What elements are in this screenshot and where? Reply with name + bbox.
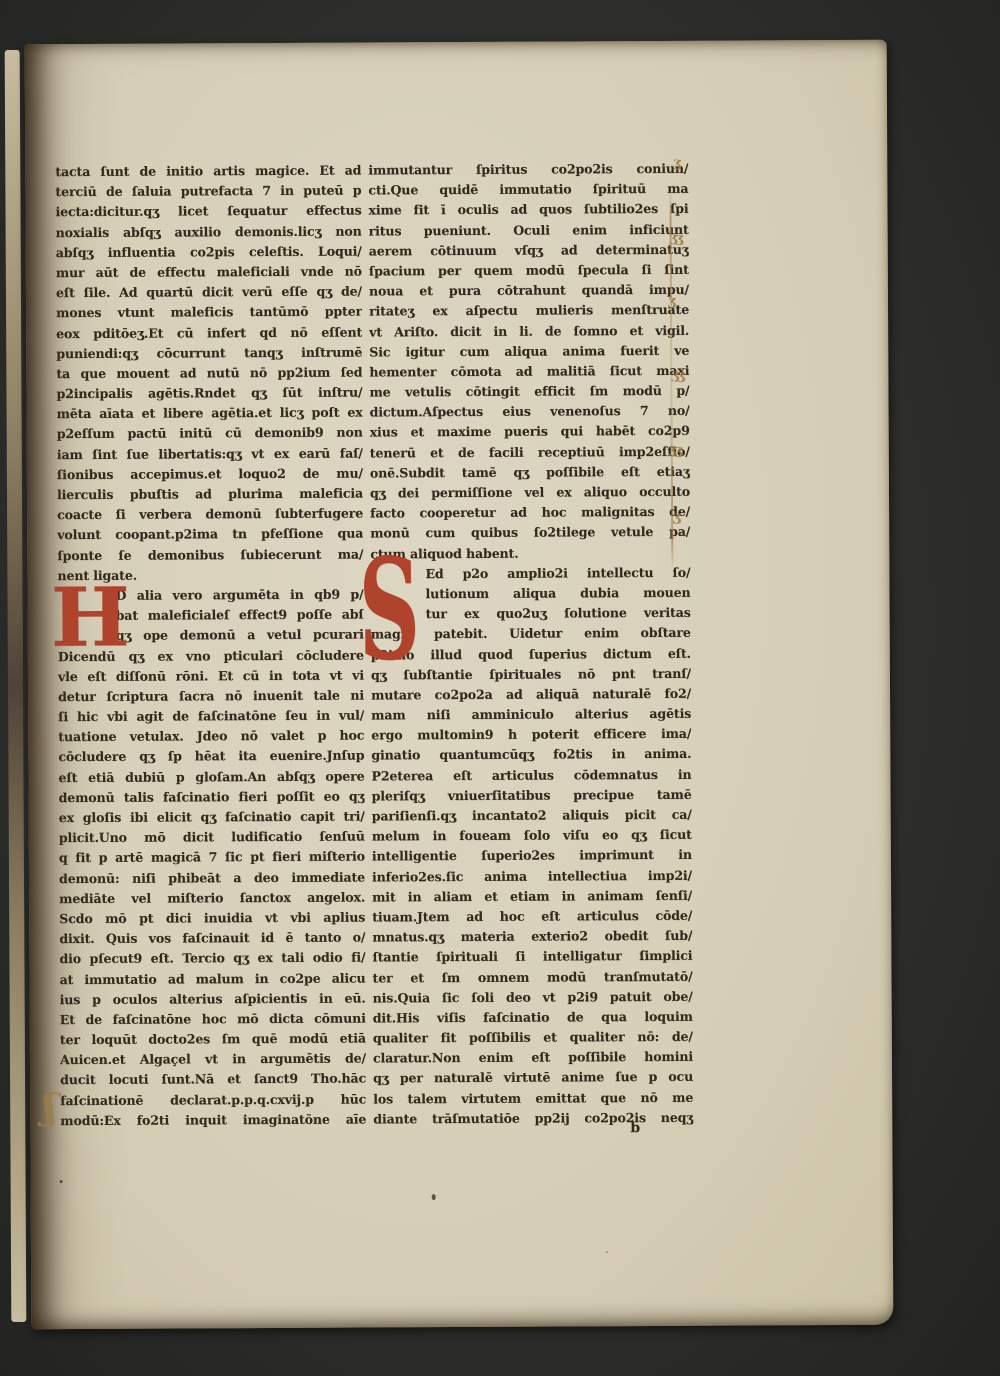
text-line: faſcinationē declarat.p.p.q.cxvij.p hūc <box>60 1089 366 1111</box>
text-line: cti.Que quidē immutatio ſpirituū ma <box>368 179 688 201</box>
text-line: bat maleficialeſ effect9 poſſe abſ <box>116 605 364 626</box>
text-line: me vetulis cōtingit efficit ſm modū p/ <box>369 381 689 403</box>
text-line: volunt coopant.p2ima tn pfeſſione qua <box>57 524 363 546</box>
text-line: ſtantie ſpirituali ſi intelligatur ſimpl… <box>372 946 692 968</box>
text-line: iam ſint ſue libertatis:qʒ vt ex earū fa… <box>57 443 363 465</box>
text-line: abſqʒ influentia co2pis celeſtis. Loqui/ <box>56 241 362 263</box>
text-line: mediāte vel miſterio ſanctox angelox. <box>59 887 365 909</box>
text-line: lutionum aliqua dubia mouen <box>425 583 690 605</box>
text-line: pleriſqʒ vniuerſitatibus precipue tamē <box>372 785 692 807</box>
text-column-left: H tacta ſunt de initio artis magice. Et … <box>55 161 366 1132</box>
underlying-page-edge <box>5 50 27 1322</box>
text-line: mit in aliam et etiam in animam ſenſi/ <box>372 886 692 908</box>
text-line: D alia vero argumēta in qb9 p/ <box>115 584 363 605</box>
text-line: p2incipalis agētis.Rndet qʒ ſūt inſtru/ <box>56 383 362 405</box>
text-line: xius et maxime pueris qui habēt co2p9 <box>370 421 690 443</box>
text-line: tiuam.Jtem ad hoc eſt articulus cōde/ <box>372 906 692 928</box>
text-line: ſionibus accepimus.et loquo2 de mu/ <box>57 463 363 485</box>
text-line: Ed p2o amplio2i intellectu ſo/ <box>425 563 690 585</box>
text-line: ta que mouent ad nutū nō pp2ium ſed <box>56 362 362 384</box>
text-line: Et de faſcinatōne hoc mō dicta cōmuni <box>60 1008 366 1030</box>
rubricated-initial-h: H <box>51 579 130 655</box>
text-line: Scdo mō pt dici inuidia vt vbi aplius <box>59 907 365 929</box>
text-line: mnatus.qʒ materia exterio2 obedit ſub/ <box>372 926 692 948</box>
text-line: dixit. Quis vos faſcinauit id ē tanto o/ <box>59 928 365 950</box>
text-line: qʒ dei permiſſione vel ex aliquo occulto <box>370 482 690 504</box>
text-line: dit.His viſis faſcinatio de qua loquim <box>373 1007 693 1029</box>
text-line: ſponte ſe demonibus ſubiecerunt ma/ <box>57 544 363 566</box>
quire-signature: b <box>630 1120 640 1136</box>
text-line: ducit locuti ſunt.Nā et ſanct9 Tho.hāc <box>60 1069 366 1091</box>
text-line: pariſienſi.qʒ incantato2 aliquis picit c… <box>372 805 692 827</box>
text-line: inferio2es.ſic anima intellectiua imp2i/ <box>372 865 692 887</box>
text-line: dictum.Aſpectus eius venenoſus 7 no/ <box>370 401 690 423</box>
text-line: nis.Quia ſic ſoli deo vt p2i9 patuit obe… <box>373 986 693 1008</box>
text-line: immutantur ſpiritus co2po2is coniun/ <box>368 159 688 181</box>
text-line: claratur.Non enim eſt poſſibile homini <box>373 1047 693 1069</box>
text-line: demonū: niſi phibeāt a deo immediate <box>59 867 365 889</box>
text-line: ter loquūt docto2es ſm quē modū etiā <box>60 1029 366 1051</box>
margin-squiggle-mark: ʒʒ <box>669 229 682 246</box>
text-line: ginatio quantumcūqʒ fo2tis in anima. <box>371 744 691 766</box>
text-line: ex gloſis ibi elicit qʒ faſcinatio capit… <box>59 806 365 828</box>
text-line: eox pditōeʒ.Et cū infert qd nō eſſent <box>56 322 362 344</box>
text-line: los talem virtutem emittat que nō me <box>373 1087 693 1109</box>
text-line: ius p oculos alterius aſpicientis in eū. <box>60 988 366 1010</box>
text-line: vt Ariſto. dicit in li. de ſomno et vigi… <box>369 320 689 342</box>
text-line: noua et pura cōtrahunt quandā impu/ <box>369 280 689 302</box>
text-line: intelligentie ſuperio2es imprimunt in <box>372 845 692 867</box>
margin-squiggle-mark: ʒʒ <box>671 366 684 383</box>
text-line: mam niſi amminiculo alterius agētis <box>371 704 691 726</box>
text-line: Auicen.et Algaçel vt in argumētis de/ <box>60 1049 366 1071</box>
ink-speck <box>432 1194 436 1200</box>
text-line: eſt etiā dubiū p gloſam.An abſqʒ opere <box>58 766 364 788</box>
text-line: noxialis abſqʒ auxilio demonis.licʒ non <box>56 221 362 243</box>
text-line: eſt ſile. Ad quartū dicit verū eſſe qʒ d… <box>56 282 362 304</box>
text-line: qualiter fit poſſibilis et qualiter nō: … <box>373 1027 693 1049</box>
text-line: qʒ per naturalē virtutē anime ſue p ocu <box>373 1067 693 1089</box>
text-line: vle eſt diſſonū rōni. Et cū in tota vt v… <box>58 665 364 687</box>
text-line: ergo multomin9 h poterit efficere ima/ <box>371 724 691 746</box>
text-line: mēta aīata et libere agētia.et licʒ poſt… <box>57 403 363 425</box>
margin-squiggle-bottom-left: ʃ <box>41 1086 59 1129</box>
scan-backdrop: H tacta ſunt de initio artis magice. Et … <box>0 0 1000 1376</box>
text-line: puniendi:qʒ cōcurrunt tanqʒ inſtrumē <box>56 342 362 364</box>
ink-speck <box>606 1251 608 1253</box>
marginalia-layer: ʒʒʒʒʒʒʒʒʒʃ <box>25 40 887 45</box>
text-line: ſpacium per quem modū ſpecula ſi ſint <box>369 260 689 282</box>
text-line: terciū de ſaluia putrefacta 7 in puteū p <box>55 181 361 203</box>
text-line: qʒ ope demonū a vetul pcurari <box>116 625 364 646</box>
text-line: detur ſcriptura ſacra nō inuenit tale ni <box>58 685 364 707</box>
text-line: ritateʒ ex aſpectu mulieris menſtruate <box>369 300 689 322</box>
text-line: p2eſſum pactū initū cū demonib9 non <box>57 423 363 445</box>
text-line: melum in foueam ſolo viſu eo qʒ ſicut <box>372 825 692 847</box>
text-line: Sic igitur cum aliqua anima fuerit ve <box>369 340 689 362</box>
text-line: tur ex quo2uʒ ſolutione veritas <box>426 603 691 625</box>
text-column-right: S b immutantur ſpiritus co2po2is coniun/… <box>368 159 693 1130</box>
book-page: H tacta ſunt de initio artis magice. Et … <box>25 40 894 1329</box>
text-line: cōcludere qʒ ſp hēat ita euenire.Jnſup <box>58 746 364 768</box>
text-line: ter et ſm omnem modū tranſmutatō/ <box>372 966 692 988</box>
text-line: plicit.Uno mō dicit ludificatio ſenſuū <box>59 827 365 849</box>
text-line: iecta:dicitur.qʒ licet ſequatur effectus <box>55 201 361 223</box>
text-line: mur aūt de effectu maleficiali vnde nō <box>56 261 362 283</box>
text-line: hementer cōmota ad malitiā ſicut maxi <box>369 361 689 383</box>
text-line: lierculis pbuſtis ad plurima maleficia <box>57 484 363 506</box>
text-line: tacta ſunt de initio artis magice. Et ad <box>55 161 361 183</box>
text-line: coacte ſi verbera demonū ſubterfugere <box>57 504 363 526</box>
text-line: demonū talis faſcinatio fieri poſſit eo … <box>59 786 365 808</box>
text-line: aerem cōtinuum vſqʒ ad determinatuʒ <box>369 240 689 262</box>
rubricated-initial-s: S <box>358 548 420 671</box>
text-line: tenerū et de facili receptiuū imp2eſſio/ <box>370 441 690 463</box>
text-line: dio pſecut9 eſt. Tercio qʒ ex tali odio … <box>59 948 365 970</box>
text-line: modū:Ex fo2ti inquit imaginatōne aīe <box>60 1109 366 1131</box>
text-line: mones vtunt maleficis tantūmō ppter <box>56 302 362 324</box>
text-line: at immutatio ad malum in co2pe alicu <box>59 968 365 990</box>
text-line: onē.Subdit tamē qʒ poſſibile eſt etiaʒ <box>370 462 690 484</box>
text-line: xime fit ī oculis ad quos ſubtilio2es ſp… <box>368 199 688 221</box>
text-line: facto cooperetur ad hoc malignitas de/ <box>370 502 690 524</box>
text-line: ſi hic vbi agit de faſcinatōne ſeu in vu… <box>58 706 364 728</box>
text-line: q fit p artē magicā 7 ſic pt fieri miſte… <box>59 847 365 869</box>
margin-squiggle-mark: ʒʒ <box>668 441 681 458</box>
text-line: tuatione vetulax. Jdeo nō valet p hoc <box>58 726 364 748</box>
text-line: diante trāſmutatiōe pp2ij co2po2is neqʒ <box>373 1108 693 1130</box>
ink-speck <box>60 1180 63 1183</box>
text-line: P2eterea eſt articulus cōdemnatus in <box>371 764 691 786</box>
text-line: ritus pueniunt. Oculi enim inficiunt <box>369 219 689 241</box>
